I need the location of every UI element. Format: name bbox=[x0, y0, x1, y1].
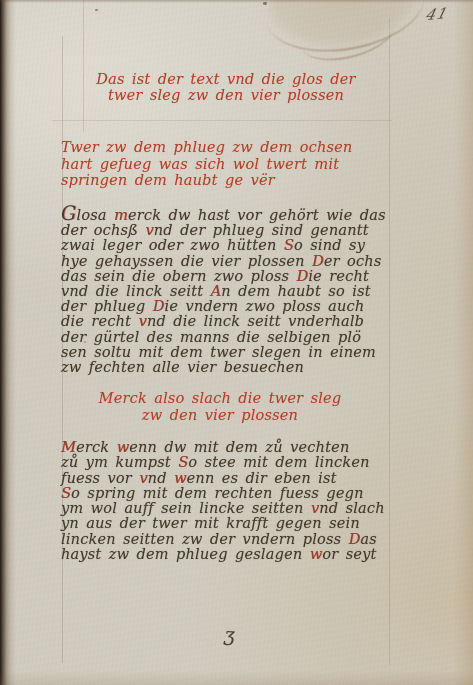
ruling-line-top bbox=[52, 120, 392, 121]
quire-mark: ʒ bbox=[223, 624, 235, 647]
ink-speck bbox=[95, 9, 98, 11]
ruling-line-left-inner bbox=[83, 0, 84, 132]
manuscript-photo: { "page": { "folio_number": "41", "quire… bbox=[0, 0, 473, 685]
gloss-paragraph: Glosa merck dw hast vor gehört wie dasde… bbox=[61, 206, 386, 376]
page-bottom-edge bbox=[0, 671, 473, 685]
binding-gutter-shadow bbox=[0, 0, 16, 685]
chapter-rubric-title: Das ist der text vnd die glos dertwer sl… bbox=[70, 73, 382, 104]
instruction-paragraph: Merck wenn dw mit dem zů vechtenzů ym ku… bbox=[61, 441, 385, 563]
page-right-edge-stain bbox=[453, 0, 473, 685]
section-rubric: Merck also slach die twer slegzw den vie… bbox=[70, 391, 370, 425]
ink-speck bbox=[263, 2, 267, 5]
folio-number: 41 bbox=[424, 4, 450, 24]
ruling-line-right bbox=[389, 18, 390, 665]
verse-text: Twer zw dem phlueg zw dem ochsenhart gef… bbox=[61, 140, 352, 190]
